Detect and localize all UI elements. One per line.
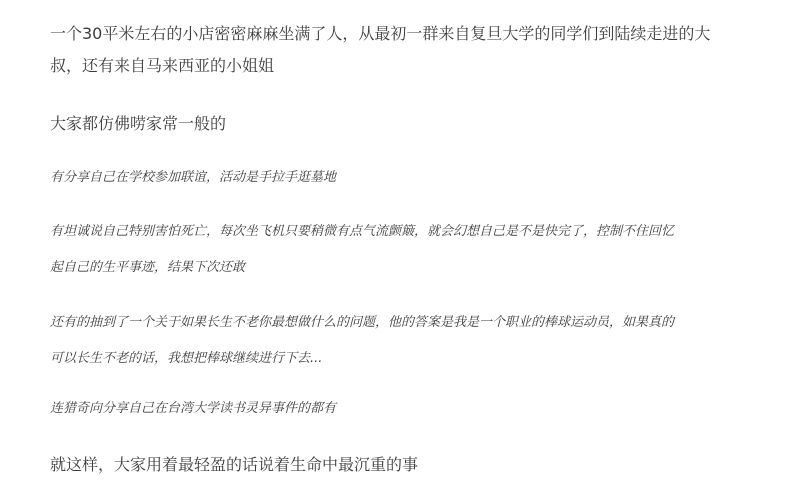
quote-paragraph-flying: 有坦诚说自己特别害怕死亡，每次坐飞机只要稍微有点气流颤簸，就会幻想自己是不是快完… bbox=[50, 214, 750, 286]
paragraph-conclusion: 就这样，大家用着最轻盈的话说着生命中最沉重的事 bbox=[50, 449, 750, 480]
text-line: 一个30平米左右的小店密密麻麻坐满了人，从最初一群来自复旦大学的同学们到陆续走进… bbox=[50, 18, 750, 50]
text-line: 有分享自己在学校参加联谊，活动是手拉手逛墓地 bbox=[50, 160, 750, 196]
text-line: 起自己的生平事迹，结果下次还敢 bbox=[50, 250, 750, 286]
text-line: 还有的抽到了一个关于如果长生不老你最想做什么的问题，他的答案是我是一个职业的棒球… bbox=[50, 305, 750, 341]
text-line: 可以长生不老的话，我想把棒球继续进行下去... bbox=[50, 341, 750, 377]
quote-paragraph-graveyard: 有分享自己在学校参加联谊，活动是手拉手逛墓地 bbox=[50, 160, 750, 196]
text-line: 连猎奇向分享自己在台湾大学读书灵异事件的都有 bbox=[50, 391, 750, 427]
text-line: 有坦诚说自己特别害怕死亡，每次坐飞机只要稍微有点气流颤簸，就会幻想自己是不是快完… bbox=[50, 214, 750, 250]
text-line: 大家都仿佛唠家常一般的 bbox=[50, 108, 750, 140]
quote-paragraph-baseball: 还有的抽到了一个关于如果长生不老你最想做什么的问题，他的答案是我是一个职业的棒球… bbox=[50, 305, 750, 377]
text-line: 就这样，大家用着最轻盈的话说着生命中最沉重的事 bbox=[50, 449, 750, 480]
paragraph-intro: 一个30平米左右的小店密密麻麻坐满了人，从最初一群来自复旦大学的同学们到陆续走进… bbox=[50, 18, 750, 82]
text-line: 叔，还有来自马来西亚的小姐姐 bbox=[50, 50, 750, 82]
quote-paragraph-taiwan: 连猎奇向分享自己在台湾大学读书灵异事件的都有 bbox=[50, 391, 750, 427]
paragraph-chat: 大家都仿佛唠家常一般的 bbox=[50, 108, 750, 140]
